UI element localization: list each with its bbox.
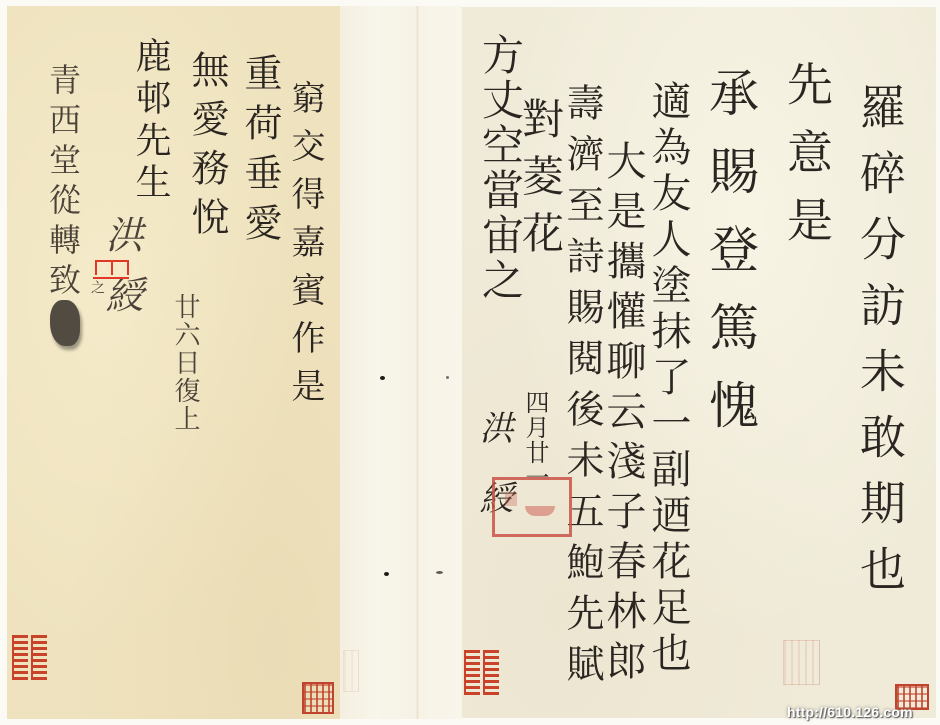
- faint-seal-icon: [783, 640, 820, 685]
- album-margin: [340, 6, 462, 719]
- left-date: 廿六日復上: [172, 293, 198, 433]
- right-column-1: 羅碎分訪未敢期也: [857, 83, 903, 611]
- left-column-3: 無愛務悅: [188, 50, 226, 246]
- signature-seal-icon: [93, 258, 129, 279]
- faint-seal-icon: [343, 650, 359, 692]
- left-column-5: 青西堂從轉致: [47, 63, 79, 303]
- binding-hole: [384, 572, 389, 576]
- right-column-8: 方丈空當宙之: [479, 33, 521, 303]
- right-date: 四月廿一: [523, 390, 547, 490]
- collector-seal-icon: [12, 635, 47, 680]
- left-column-4: 鹿邨先生: [132, 37, 168, 205]
- binding-hole: [446, 376, 449, 379]
- right-column-2: 先意是: [784, 60, 830, 264]
- right-column-6: 壽濟至詩賜閱後未五鮑先賦: [563, 83, 601, 695]
- left-column-2: 重荷垂愛: [241, 53, 279, 253]
- right-column-4: 適為友人塗抹了一副迺花足也: [648, 80, 688, 678]
- rectangular-seal-icon: [492, 477, 572, 537]
- binding-hole: [436, 571, 443, 574]
- ink-blot: [50, 300, 80, 346]
- collector-seal-icon: [464, 650, 499, 695]
- right-column-7: 對菱花: [519, 97, 561, 268]
- collector-seal-icon: [302, 682, 334, 714]
- watermark-url: http://610.126.com: [787, 704, 913, 720]
- right-column-5: 大是攜懽聊云淺子春林郎: [603, 140, 643, 690]
- binding-hole: [380, 376, 385, 380]
- left-column-1: 窮交得嘉賓作是: [288, 80, 322, 416]
- right-column-3: 承賜登篤愧: [705, 67, 755, 457]
